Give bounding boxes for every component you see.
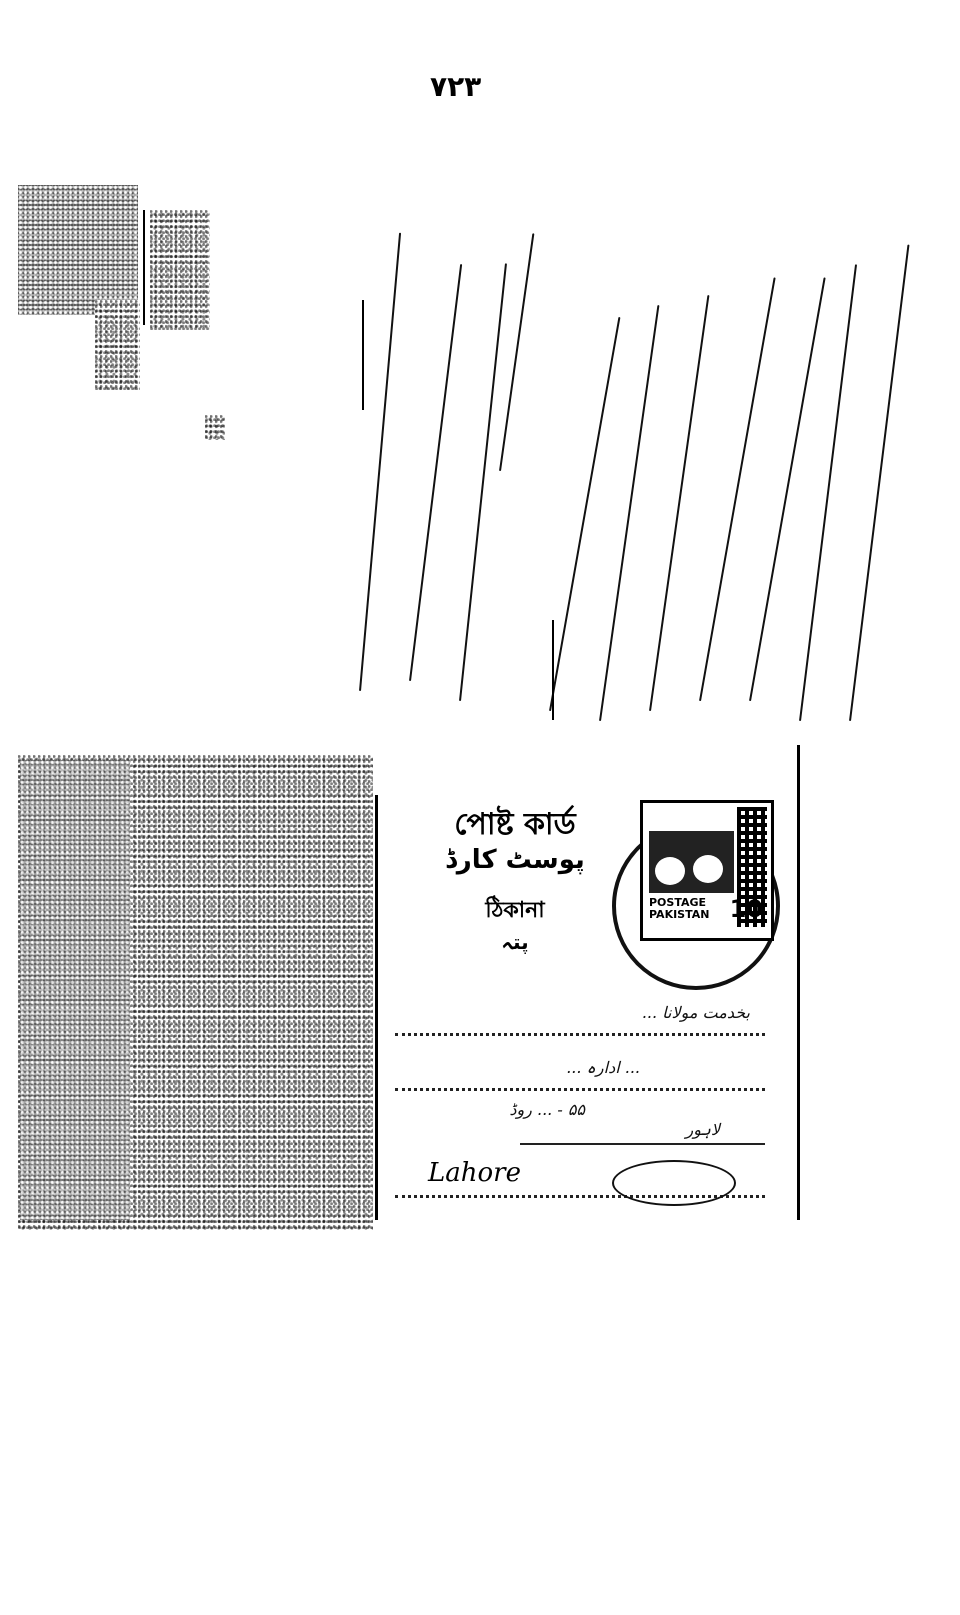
scan-fragment-top-left-2 bbox=[95, 300, 140, 390]
scan-fragment-top-left bbox=[18, 185, 138, 315]
address-line-4: لاہور bbox=[640, 1120, 720, 1139]
stamp-value: 10 bbox=[730, 895, 763, 923]
scan-mark bbox=[205, 415, 225, 440]
address-line-3: ۵۵ - ... روڈ bbox=[425, 1100, 585, 1119]
address-rule-1 bbox=[395, 1033, 765, 1036]
address-city: Lahore bbox=[428, 1158, 521, 1188]
sender-seal bbox=[612, 1160, 736, 1206]
page-number: ۷۲۳ bbox=[430, 70, 481, 103]
divider-line bbox=[143, 210, 145, 325]
stamp-line2: PAKISTAN bbox=[649, 909, 709, 921]
scan-fragment-top-left-3 bbox=[150, 210, 210, 330]
address-line-2: ... ادارہ ... bbox=[440, 1058, 640, 1077]
address-rule-3 bbox=[520, 1143, 765, 1145]
postage-stamp: POSTAGE PAKISTAN 10 bbox=[640, 800, 774, 941]
scan-fragment-card-back-dark bbox=[20, 760, 130, 1220]
address-line-1: بخدمت مولانا ... bbox=[440, 1003, 750, 1022]
postcard-title-urdu: پوسٹ کارڈ bbox=[415, 845, 615, 875]
address-label-bengali: ঠিকানা bbox=[415, 893, 615, 930]
address-label-urdu: پتہ bbox=[415, 930, 615, 954]
address-rule-2 bbox=[395, 1088, 765, 1091]
postcard-title-bengali: পোষ্ট কার্ড bbox=[415, 800, 615, 851]
